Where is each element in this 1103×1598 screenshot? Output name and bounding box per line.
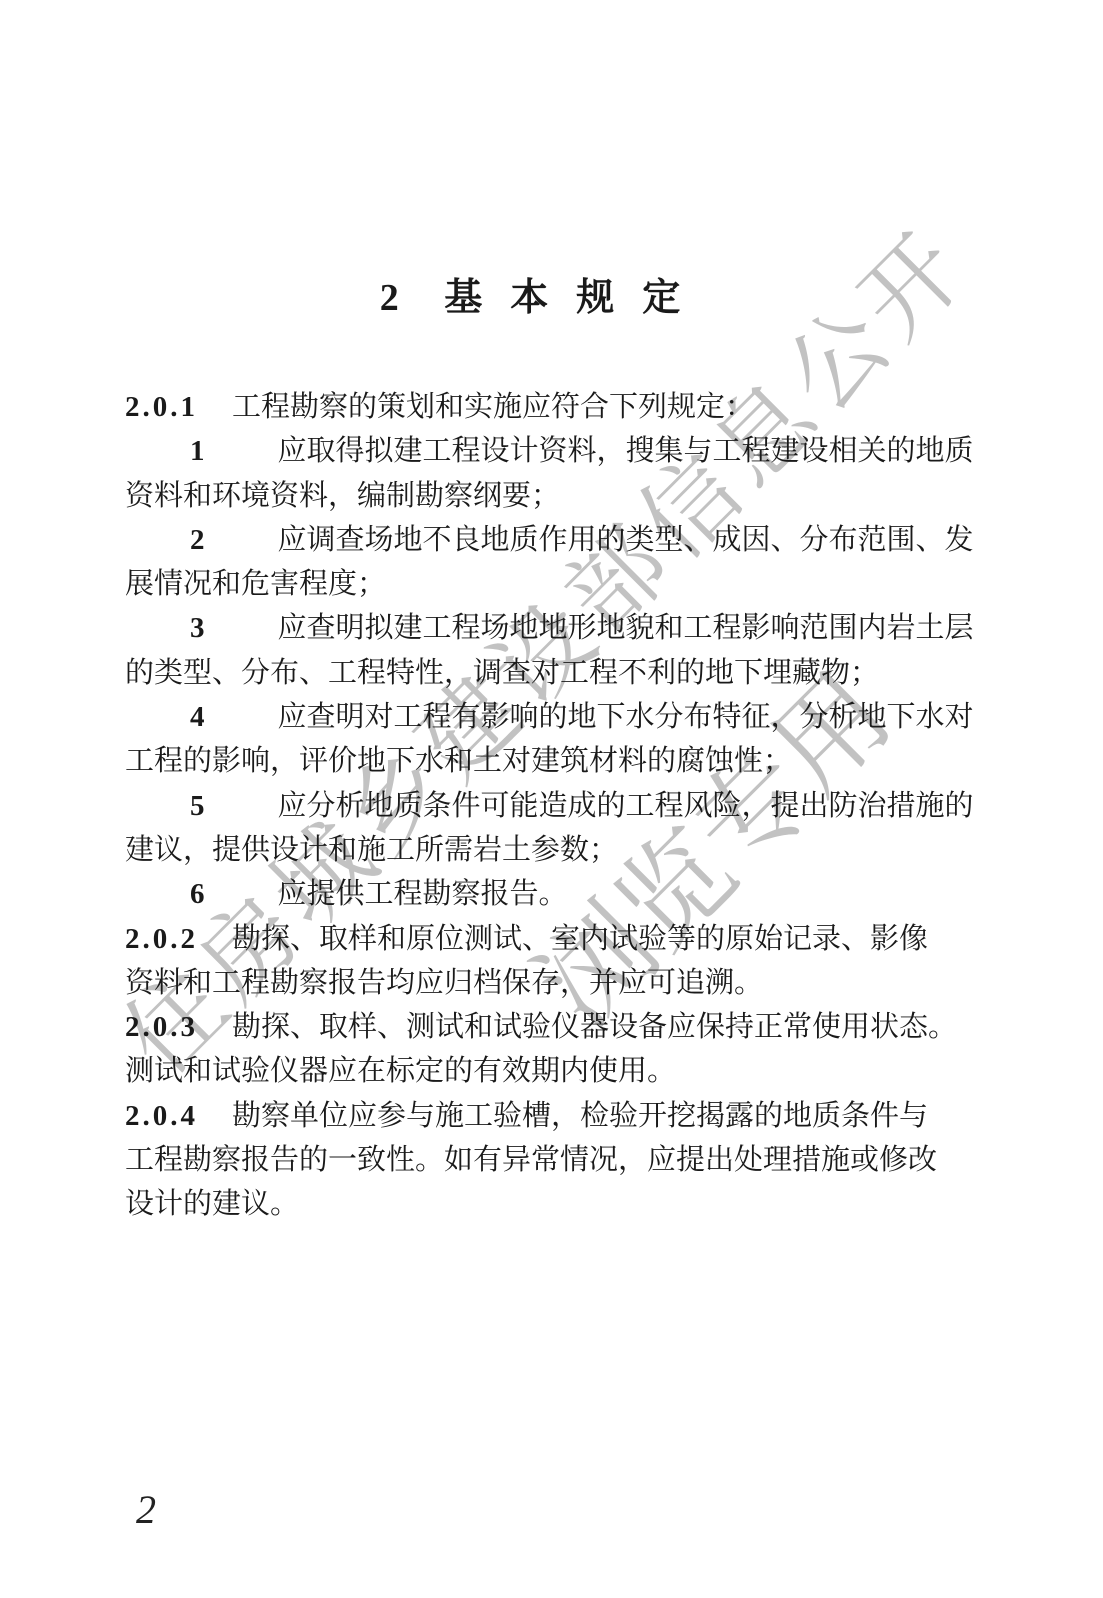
clause-line: 2.0.2勘探、取样和原位测试、室内试验等的原始记录、影像: [125, 917, 955, 961]
clause-text: 应提供工程勘察报告。: [278, 878, 568, 910]
clause-line: 2.0.4勘察单位应参与施工验槽，检验开挖揭露的地质条件与: [125, 1094, 955, 1138]
clause-line-continuation: 展情况和危害程度；: [125, 562, 955, 606]
clause-number: 2.0.3: [125, 1011, 198, 1043]
clause-text: 应调查场地不良地质作用的类型、成因、分布范围、发: [278, 524, 974, 556]
clause-text: 应分析地质条件可能造成的工程风险，提出防治措施的: [278, 790, 974, 822]
clause-number: 2.0.4: [125, 1100, 198, 1132]
clause-text: 工程的影响，评价地下水和土对建筑材料的腐蚀性；: [125, 745, 792, 777]
clause-text: 测试和试验仪器应在标定的有效期内使用。: [125, 1055, 676, 1087]
clause-line-continuation: 资料和工程勘察报告均应归档保存，并应可追溯。: [125, 961, 955, 1005]
clause-line-continuation: 工程的影响，评价地下水和土对建筑材料的腐蚀性；: [125, 739, 955, 783]
clause-line: 2应调查场地不良地质作用的类型、成因、分布范围、发: [125, 518, 955, 562]
document-page: 住房城乡建设部信息公开 浏览专用 2 基本规定 2.0.1工程勘察的策划和实施应…: [0, 0, 1103, 1598]
clause-text-block: 2.0.1工程勘察的策划和实施应符合下列规定：1应取得拟建工程设计资料，搜集与工…: [125, 385, 955, 1227]
clause-number: 2: [190, 524, 208, 556]
clause-text: 勘探、取样和原位测试、室内试验等的原始记录、影像: [232, 923, 928, 955]
clause-text: 展情况和危害程度；: [125, 568, 386, 600]
clause-text: 勘探、取样、测试和试验仪器设备应保持正常使用状态。: [232, 1011, 957, 1043]
clause-text: 应查明对工程有影响的地下水分布特征，分析地下水对: [278, 701, 974, 733]
clause-number: 2.0.1: [125, 391, 198, 423]
clause-text: 工程勘察报告的一致性。如有异常情况，应提出处理措施或修改: [125, 1144, 937, 1176]
clause-line-continuation: 资料和环境资料，编制勘察纲要；: [125, 474, 955, 518]
clause-text: 应查明拟建工程场地地形地貌和工程影响范围内岩土层: [278, 612, 974, 644]
clause-number: 6: [190, 878, 208, 910]
clause-line-continuation: 工程勘察报告的一致性。如有异常情况，应提出处理措施或修改: [125, 1138, 955, 1182]
clause-line: 2.0.3勘探、取样、测试和试验仪器设备应保持正常使用状态。: [125, 1005, 955, 1049]
clause-number: 3: [190, 612, 208, 644]
clause-line: 5应分析地质条件可能造成的工程风险，提出防治措施的: [125, 784, 955, 828]
clause-text: 资料和工程勘察报告均应归档保存，并应可追溯。: [125, 967, 763, 999]
clause-line-continuation: 的类型、分布、工程特性，调查对工程不利的地下埋藏物；: [125, 651, 955, 695]
clause-line-continuation: 测试和试验仪器应在标定的有效期内使用。: [125, 1049, 955, 1093]
clause-text: 建议，提供设计和施工所需岩土参数；: [125, 834, 618, 866]
clause-line: 6应提供工程勘察报告。: [125, 872, 955, 916]
clause-line: 1应取得拟建工程设计资料，搜集与工程建设相关的地质: [125, 429, 955, 473]
clause-text: 勘察单位应参与施工验槽，检验开挖揭露的地质条件与: [232, 1100, 928, 1132]
chapter-number: 2: [380, 277, 399, 319]
chapter-name: 基本规定: [444, 277, 708, 319]
clause-number: 5: [190, 790, 208, 822]
clause-number: 4: [190, 701, 208, 733]
page-number: 2: [136, 1486, 156, 1533]
clause-text: 设计的建议。: [125, 1188, 299, 1220]
clause-line-continuation: 设计的建议。: [125, 1182, 955, 1226]
clause-number: 2.0.2: [125, 923, 198, 955]
clause-text: 的类型、分布、工程特性，调查对工程不利的地下埋藏物；: [125, 657, 879, 689]
clause-text: 工程勘察的策划和实施应符合下列规定：: [232, 391, 754, 423]
clause-text: 应取得拟建工程设计资料，搜集与工程建设相关的地质: [278, 435, 974, 467]
clause-number: 1: [190, 435, 208, 467]
chapter-title: 2 基本规定: [125, 266, 935, 321]
clause-line: 2.0.1工程勘察的策划和实施应符合下列规定：: [125, 385, 955, 429]
clause-text: 资料和环境资料，编制勘察纲要；: [125, 480, 560, 512]
clause-line-continuation: 建议，提供设计和施工所需岩土参数；: [125, 828, 955, 872]
clause-line: 4应查明对工程有影响的地下水分布特征，分析地下水对: [125, 695, 955, 739]
clause-line: 3应查明拟建工程场地地形地貌和工程影响范围内岩土层: [125, 606, 955, 650]
